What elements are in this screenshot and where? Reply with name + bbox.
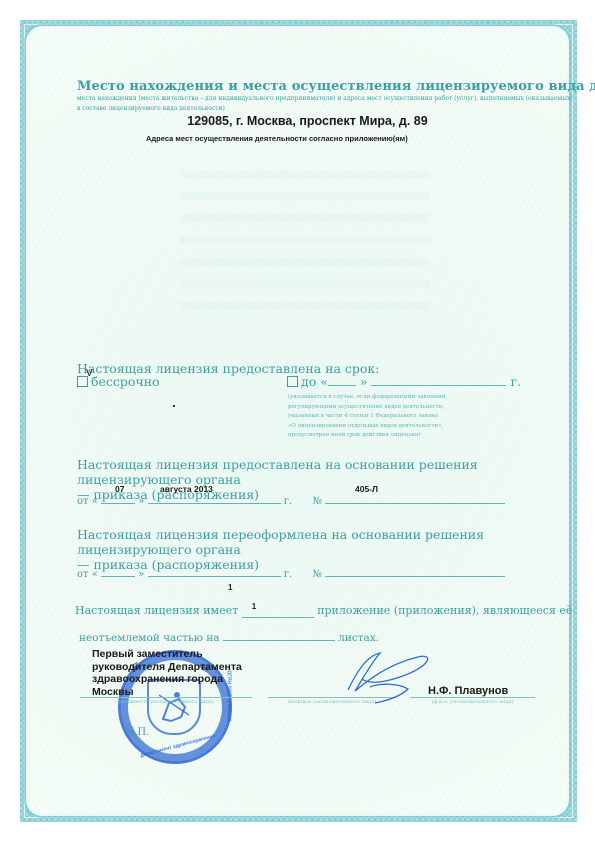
unlimited-checkbox[interactable] [77,376,88,387]
reissue-month-field[interactable] [148,576,281,577]
signature-icon [340,645,440,705]
option-unlimited-label: бессрочно [91,374,160,389]
until-date-field[interactable] [371,385,506,386]
sheets-count-field[interactable] [223,640,335,641]
reissue-year-suffix: г. [284,569,292,580]
grant-year-suffix: г. [284,496,292,507]
position-caption: (должность уполномоченного лица) [80,699,252,705]
stamp-inner-text: Департамент здравоохранения [140,733,217,759]
position-line: Первый заместитель [92,648,242,661]
reissue-heading: Настоящая лицензия переоформлена на осно… [77,527,595,572]
seal-label: М.П. [124,727,149,738]
name-underline [410,697,535,698]
term-note-line: регулирующими осуществление видов деятел… [288,403,447,413]
reissue-stray-value: 1 [228,583,232,592]
grant-month-field[interactable] [148,503,281,504]
until-day-field[interactable] [328,385,356,386]
grant-number: 405-Л [355,484,378,494]
appendix-line1: Настоящая лицензия имеет 1 приложение (п… [75,604,572,618]
term-note-line: (указывается в случае, если федеральными… [288,393,447,403]
grant-number-label: № [313,496,322,507]
term-note-line: «О лицензировании отдельных видов деятел… [288,422,447,432]
location-heading: Место нахождения и места осуществления л… [77,79,595,94]
term-note-line: предусмотрен иной срок действия лицензии… [288,431,447,441]
term-note: (указывается в случае, если федеральными… [288,393,447,441]
name-caption: (ф.и.о. уполномоченного лица) [410,699,535,705]
grant-from-mid: » [138,496,144,507]
option-until[interactable]: до « » г. [287,374,521,389]
grant-number-field[interactable] [325,503,505,504]
grant-from-prefix: от « [77,496,98,507]
reissue-number-field[interactable] [325,576,505,577]
signatory-name: Н.Ф. Плавунов [428,685,508,697]
reissue-date-line: от « » г. № [77,569,505,580]
position-underline [80,697,252,698]
addresses-note: Адреса мест осуществления деятельности с… [146,134,408,143]
reissue-number-label: № [313,569,322,580]
until-mid: » [360,374,368,389]
appendix-prefix: Настоящая лицензия имеет [75,604,238,617]
reissue-heading-line1: Настоящая лицензия переоформлена на осно… [77,527,595,557]
until-prefix: до « [301,374,328,389]
grant-month-year: августа 2013 [160,484,213,494]
signatory-position: Первый заместитель руководителя Департам… [92,648,242,698]
term-note-line: указанных в части 4 статьи 1 Федеральног… [288,412,447,422]
grant-date-line: от « » г. № [77,496,505,507]
until-checkbox[interactable] [287,376,298,387]
location-note-line3: в составе лицензируемого вида деятельнос… [77,104,537,114]
grant-day-field[interactable] [101,503,135,504]
reissue-from-prefix: от « [77,569,98,580]
option-unlimited[interactable]: бессрочно [77,374,160,389]
location-note-line2: места нахождения (места жительства – для… [77,94,537,104]
until-suffix: г. [510,374,521,389]
reissue-from-mid: » [138,569,144,580]
appendix-count: 1 [252,602,256,611]
reissue-day-field[interactable] [101,576,135,577]
location-section: Место нахождения и места осуществления л… [77,75,537,114]
position-line: руководителя Департамента [92,661,242,674]
appendix-line2: неотъемлемой частью на листах. [79,632,379,644]
sheets-suffix: листах. [338,632,379,644]
ink-dot [173,405,175,407]
appendix-count-field[interactable]: 1 [242,604,314,618]
grant-day: 07 [115,484,124,494]
sheets-prefix: неотъемлемой частью на [79,632,219,644]
grant-heading-line1: Настоящая лицензия предоставлена на осно… [77,457,595,487]
address-value: 129085, г. Москва, проспект Мира, д. 89 [0,114,595,128]
watermark [180,170,430,310]
position-line: здравоохранения города [92,673,242,686]
appendix-suffix: приложение (приложения), являющееся её [317,604,572,617]
